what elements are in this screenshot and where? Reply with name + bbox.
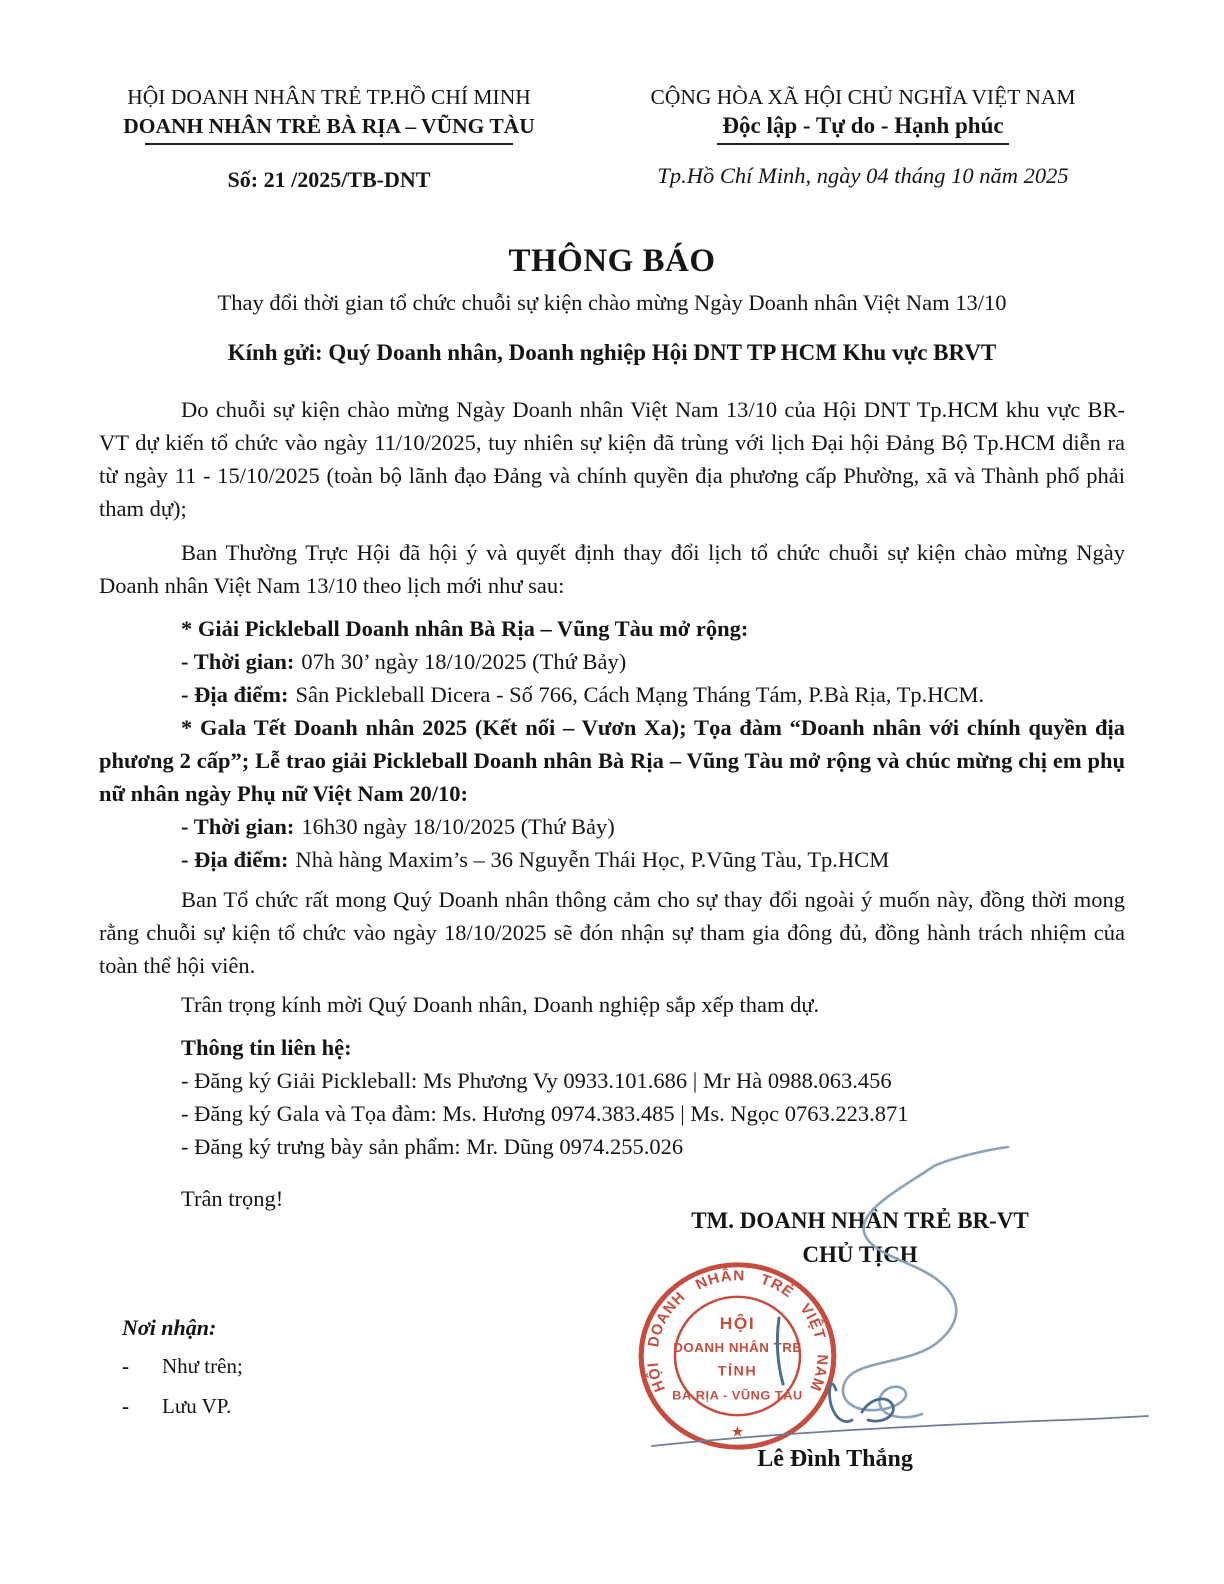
- recipient-item: -Như trên;: [122, 1353, 452, 1379]
- signature-baseline-stroke: [652, 1416, 1148, 1446]
- paragraph-3: Ban Tổ chức rất mong Quý Doanh nhân thôn…: [99, 883, 1125, 982]
- signature-main-flourish: [843, 1147, 1008, 1417]
- motto-underline: [717, 143, 1009, 145]
- recipient-item: -Lưu VP.: [122, 1393, 452, 1419]
- org-parent-name: HỘI DOANH NHÂN TRẺ TP.HỒ CHÍ MINH: [84, 84, 574, 110]
- national-motto-line2: Độc lập - Tự do - Hạnh phúc: [608, 112, 1118, 140]
- paragraph-1: Do chuỗi sự kiện chào mừng Ngày Doanh nh…: [99, 393, 1125, 525]
- header-left: HỘI DOANH NHÂN TRẺ TP.HỒ CHÍ MINH DOANH …: [84, 84, 574, 193]
- contact-heading: Thông tin liên hệ:: [99, 1031, 1125, 1064]
- event1-time: - Thời gian:07h 30’ ngày 18/10/2025 (Thứ…: [99, 645, 1125, 678]
- event2-venue: - Địa điểm:Nhà hàng Maxim’s – 36 Nguyễn …: [99, 843, 1125, 876]
- event2-time: - Thời gian:16h30 ngày 18/10/2025 (Thứ B…: [99, 810, 1125, 843]
- event2-venue-value: Nhà hàng Maxim’s – 36 Nguyễn Thái Học, P…: [295, 847, 889, 872]
- signature-initials-scribble: [830, 1384, 894, 1422]
- event1-time-label: - Thời gian:: [181, 649, 294, 674]
- org-name: DOANH NHÂN TRẺ BÀ RỊA – VŨNG TÀU: [84, 113, 574, 140]
- event2-heading: * Gala Tết Doanh nhân 2025 (Kết nối – Vư…: [99, 711, 1125, 810]
- document-page: HỘI DOANH NHÂN TRẺ TP.HỒ CHÍ MINH DOANH …: [0, 0, 1224, 1584]
- event2-time-label: - Thời gian:: [181, 814, 294, 839]
- event1-venue: - Địa điểm:Sân Pickleball Dicera - Số 76…: [99, 678, 1125, 711]
- recipient-text: Lưu VP.: [162, 1393, 231, 1419]
- header-right: CỘNG HÒA XÃ HỘI CHỦ NGHĨA VIỆT NAM Độc l…: [608, 84, 1118, 189]
- paragraph-4: Trân trọng kính mời Quý Doanh nhân, Doan…: [99, 988, 1125, 1021]
- document-body: Do chuỗi sự kiện chào mừng Ngày Doanh nh…: [99, 393, 1125, 1215]
- event2-time-value: 16h30 ngày 18/10/2025 (Thứ Bảy): [301, 814, 614, 839]
- org-underline: [145, 143, 513, 145]
- recipients-heading: Nơi nhận:: [122, 1315, 452, 1341]
- national-motto-line1: CỘNG HÒA XÃ HỘI CHỦ NGHĨA VIỆT NAM: [608, 84, 1118, 110]
- event1-time-value: 07h 30’ ngày 18/10/2025 (Thứ Bảy): [301, 649, 626, 674]
- event1-heading: * Giải Pickleball Doanh nhân Bà Rịa – Vũ…: [99, 612, 1125, 645]
- event2-venue-label: - Địa điểm:: [181, 847, 288, 872]
- salutation: Kính gửi: Quý Doanh nhân, Doanh nghiệp H…: [0, 340, 1224, 366]
- document-number: Số: 21 /2025/TB-DNT: [84, 167, 574, 193]
- contact-line-gala: - Đăng ký Gala và Tọa đàm: Ms. Hương 097…: [99, 1097, 1125, 1130]
- contact-line-pickleball: - Đăng ký Giải Pickleball: Ms Phương Vy …: [99, 1064, 1125, 1097]
- paragraph-2: Ban Thường Trực Hội đã hội ý và quyết đị…: [99, 536, 1125, 602]
- recipients-block: Nơi nhận: -Như trên; -Lưu VP.: [122, 1315, 452, 1419]
- list-dash: -: [122, 1393, 162, 1419]
- signature-vertical-stroke: [777, 1318, 783, 1384]
- handwritten-signature: [600, 1130, 1160, 1470]
- document-title: THÔNG BÁO: [0, 243, 1224, 280]
- event1-venue-label: - Địa điểm:: [181, 682, 288, 707]
- recipient-text: Như trên;: [162, 1353, 243, 1379]
- event1-venue-value: Sân Pickleball Dicera - Số 766, Cách Mạn…: [295, 682, 984, 707]
- document-subtitle: Thay đổi thời gian tổ chức chuỗi sự kiện…: [0, 290, 1224, 316]
- place-date: Tp.Hồ Chí Minh, ngày 04 tháng 10 năm 202…: [608, 163, 1118, 189]
- list-dash: -: [122, 1353, 162, 1379]
